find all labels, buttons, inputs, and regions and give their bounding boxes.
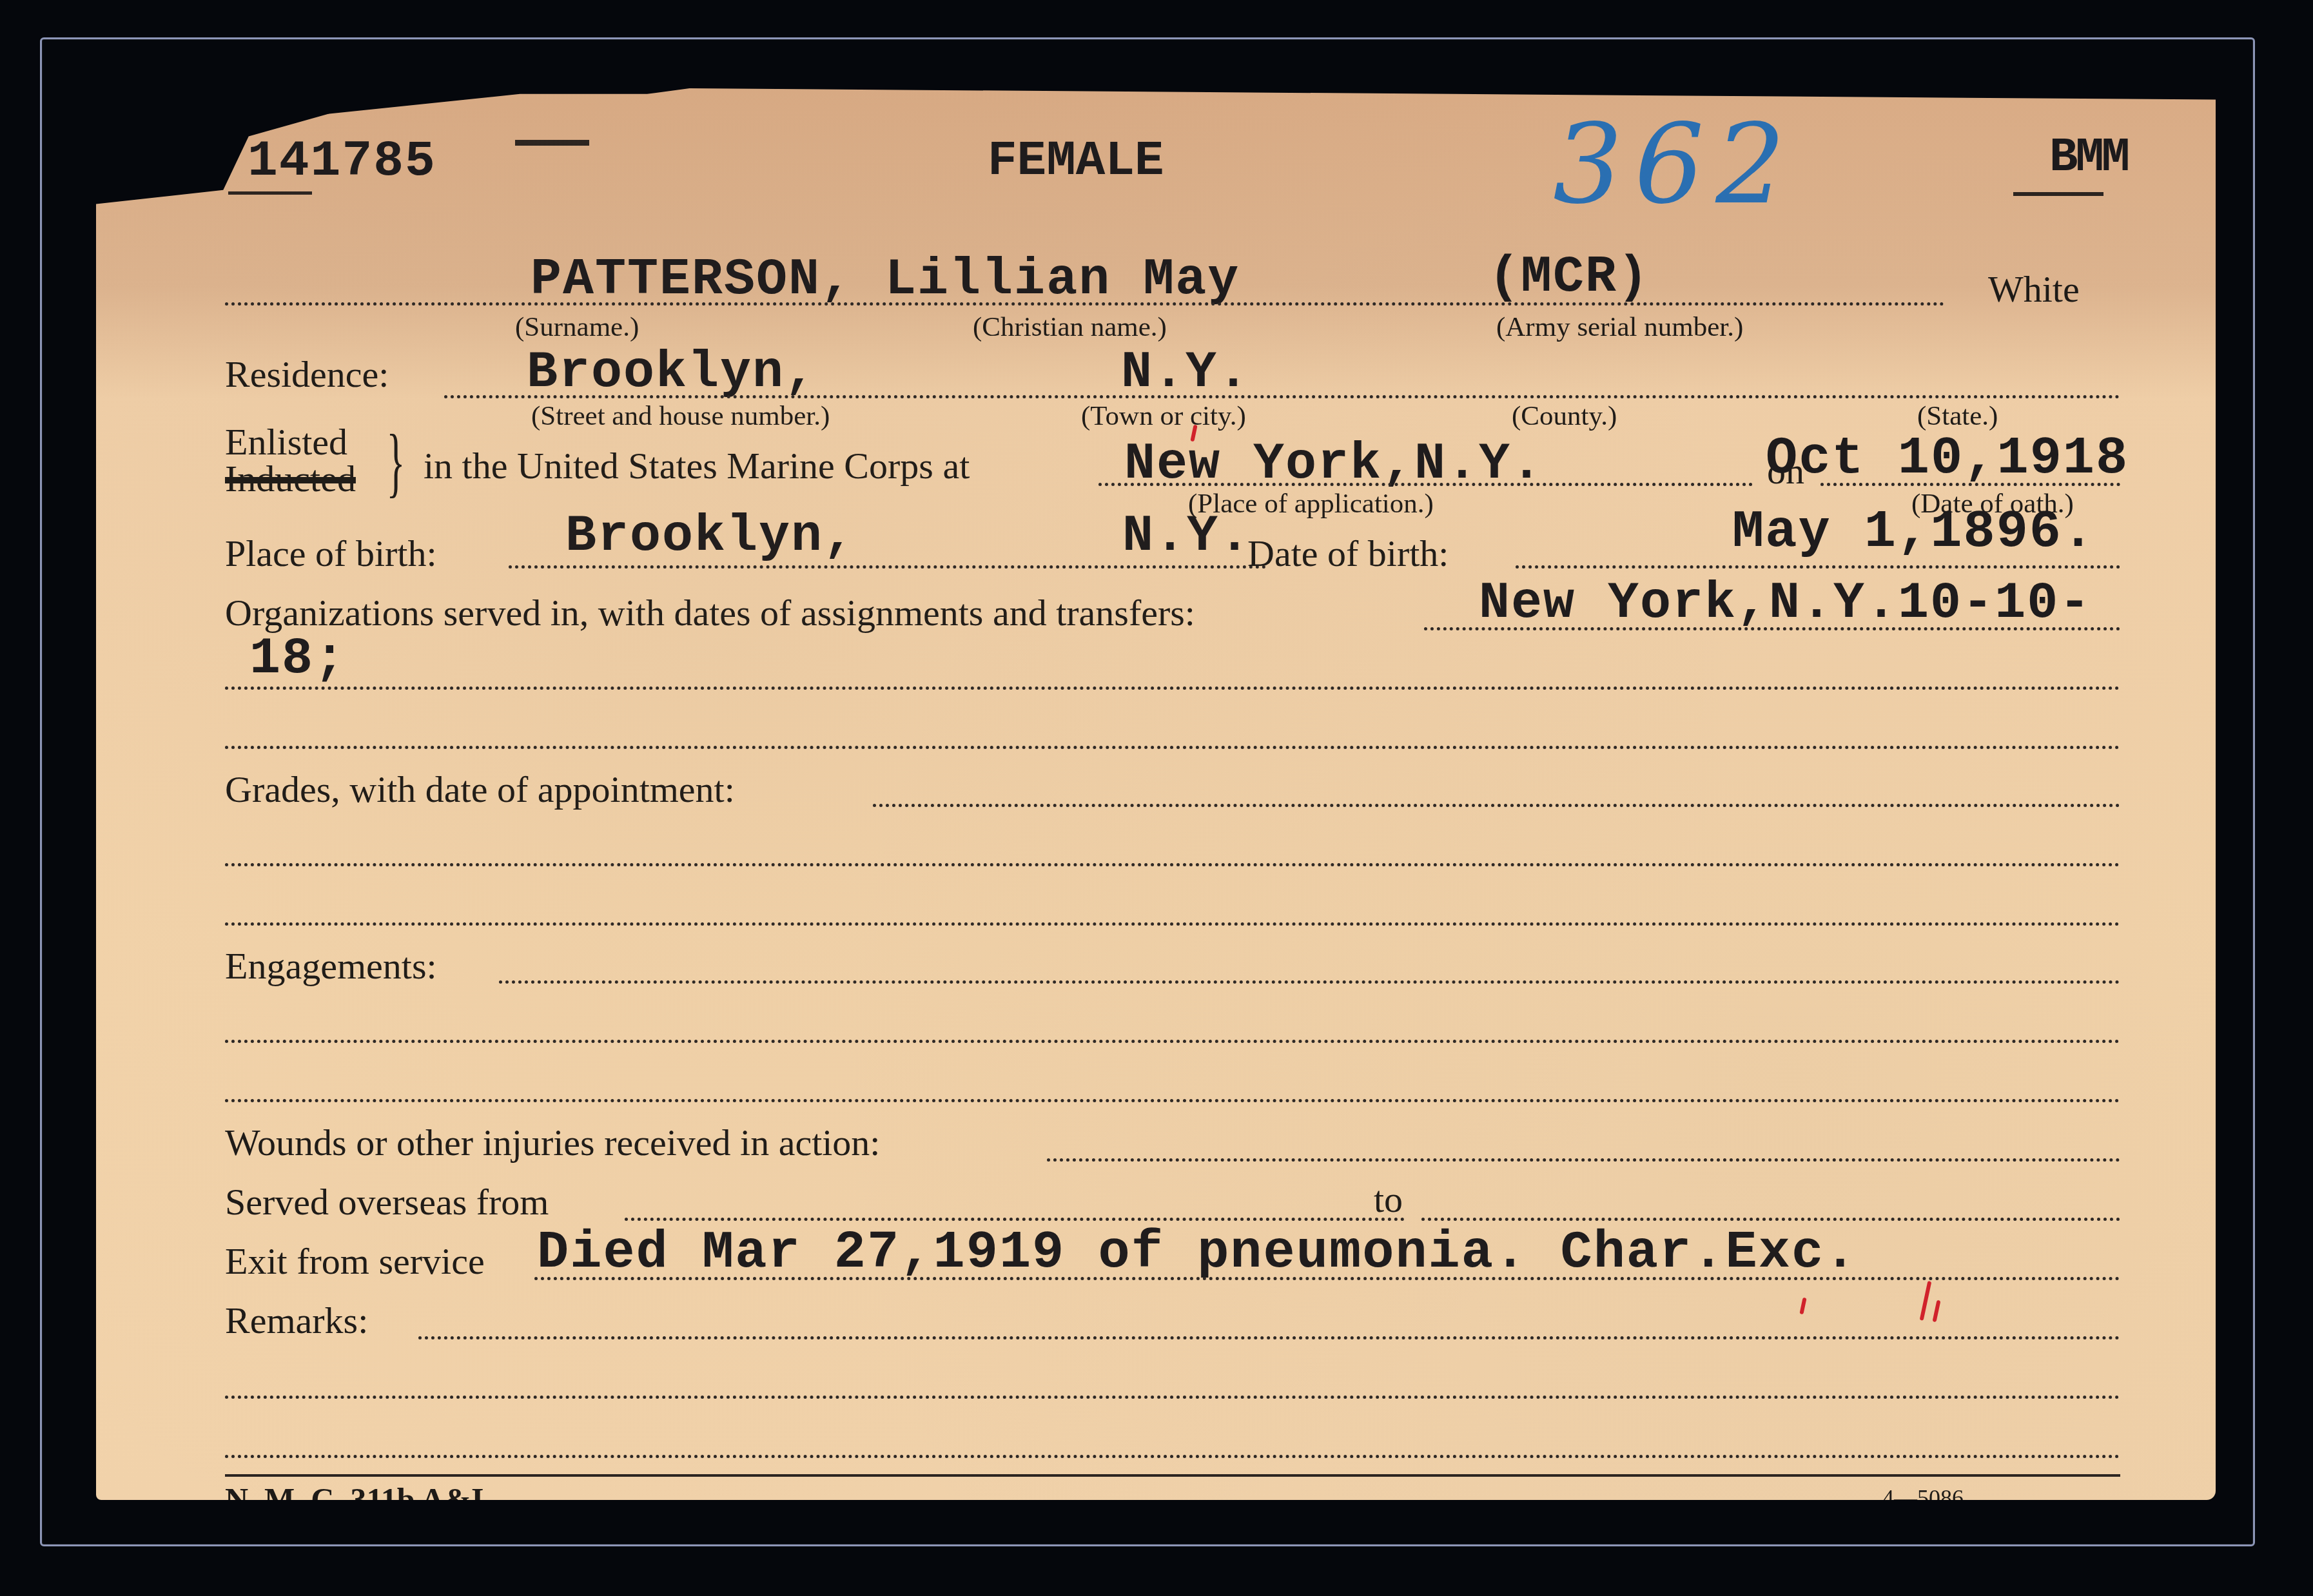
- town-caption: (Town or city.): [1081, 400, 1246, 432]
- wounds-line: [1047, 1158, 2120, 1162]
- date-of-oath-line: [1820, 483, 2120, 486]
- red-pencil-mark: [1920, 1281, 1932, 1321]
- card-number: 141785: [248, 133, 436, 190]
- exit-from-service-label: Exit from service: [225, 1240, 485, 1283]
- exit-from-service-value: Died Mar 27,1919 of pneumonia. Char.Exc.: [537, 1223, 1857, 1283]
- red-pencil-mark: [1799, 1298, 1806, 1315]
- corner-underline: [2013, 192, 2103, 196]
- service-record-card: 141785 FEMALE 362 BMM PATTERSON, Lillian…: [96, 88, 2216, 1500]
- organizations-label: Organizations served in, with dates of a…: [225, 591, 1195, 634]
- organizations-value-line2: 18;: [249, 630, 346, 688]
- overseas-to-line: [1421, 1218, 2120, 1221]
- date-of-birth-label: Date of birth:: [1247, 532, 1449, 575]
- card-number-underline: [228, 191, 312, 195]
- header-dash: [515, 140, 589, 146]
- brace: }: [386, 423, 405, 501]
- organizations-value-line1: New York,N.Y.10-10-: [1479, 574, 2091, 633]
- date-of-birth-line: [1516, 565, 2120, 569]
- exit-line: [534, 1277, 2120, 1280]
- grades-line-1: [873, 804, 2120, 807]
- handwritten-number: 362: [1553, 101, 1797, 229]
- engagements-label: Engagements:: [225, 944, 437, 988]
- overseas-to-label: to: [1374, 1178, 1403, 1221]
- name-line: [225, 302, 1945, 306]
- sex-label: FEMALE: [988, 133, 1164, 189]
- typed-name: PATTERSON, Lillian May: [531, 251, 1240, 309]
- surname-caption: (Surname.): [515, 311, 639, 343]
- engagements-line-1: [499, 980, 2120, 984]
- enlistment-text: in the United States Marine Corps at: [424, 444, 970, 487]
- serial-caption: (Army serial number.): [1496, 311, 1743, 343]
- date-of-birth-value: May 1,1896.: [1732, 502, 2095, 562]
- footer-rule: [225, 1474, 2120, 1477]
- remarks-line-1: [418, 1336, 2120, 1339]
- place-of-birth-line: [509, 565, 1266, 569]
- typed-serial: (MCR): [1488, 248, 1650, 307]
- date-of-oath-value: Oct 10,1918: [1766, 429, 2129, 489]
- state-caption: (State.): [1917, 400, 1998, 432]
- engagements-line-3: [225, 1099, 2120, 1102]
- street-caption: (Street and house number.): [531, 400, 830, 432]
- inducted-label: Inducted: [225, 457, 356, 500]
- county-caption: (County.): [1512, 400, 1617, 432]
- place-of-application-line: [1098, 483, 1753, 486]
- engagements-line-2: [225, 1040, 2120, 1043]
- print-code: 4—5086: [1882, 1484, 1964, 1500]
- red-pencil-mark: [1933, 1300, 1941, 1323]
- remarks-line-2: [225, 1396, 2120, 1399]
- grades-line-3: [225, 922, 2120, 926]
- grades-line-2: [225, 863, 2120, 866]
- place-of-birth-value: Brooklyn,: [565, 507, 855, 566]
- place-of-birth-state: N.Y.: [1122, 507, 1251, 566]
- organizations-line-3: [225, 746, 2120, 749]
- residence-label: Residence:: [225, 353, 389, 396]
- remarks-line-3: [225, 1455, 2120, 1458]
- form-code: N. M. C. 311b A&I.: [225, 1481, 492, 1500]
- race-label: White: [1988, 268, 2080, 311]
- corner-code: BMM: [2049, 131, 2127, 185]
- christian-name-caption: (Christian name.): [973, 311, 1167, 343]
- remarks-label: Remarks:: [225, 1299, 368, 1342]
- organizations-line-2: [225, 686, 2120, 690]
- organizations-line-1: [1424, 627, 2120, 630]
- residence-street-value: Brooklyn,: [527, 344, 817, 402]
- served-overseas-label: Served overseas from: [225, 1180, 549, 1223]
- wounds-label: Wounds or other injuries received in act…: [225, 1121, 880, 1164]
- overseas-from-line: [625, 1218, 1405, 1221]
- residence-town-value: N.Y.: [1121, 344, 1250, 402]
- grades-label: Grades, with date of appointment:: [225, 768, 735, 811]
- place-of-birth-label: Place of birth:: [225, 532, 437, 575]
- residence-line: [444, 395, 2120, 398]
